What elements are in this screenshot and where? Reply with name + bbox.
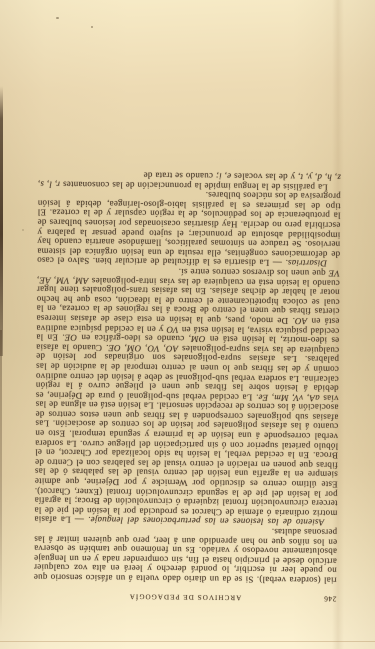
paper-speck	[22, 229, 24, 231]
text-run: rial (sordera verbal). Si se da un diari…	[34, 527, 338, 586]
text-run: — La disartria es la dificultad de artic…	[37, 190, 341, 268]
paragraph: Disartrias. — La disartria es la dificul…	[37, 188, 341, 268]
scanned-book-page: 246 ARCHIVOS DE PEDAGOGÍA 246 rial (sord…	[0, 0, 375, 649]
paper-speck	[56, 17, 59, 19]
journal-title: ARCHIVOS DE PEDAGOGÍA	[67, 592, 302, 602]
paragraph: rial (sordera verbal). Si se da un diari…	[34, 524, 338, 585]
text-run: — La afasia motriz ordinaria ó afemia de…	[34, 393, 338, 525]
paragraph: La parálisis de la lengua impide la pron…	[38, 169, 341, 191]
italic-text-run: AO, VO, OM, OE.	[106, 343, 179, 354]
text-run: y de las vocales	[231, 172, 298, 183]
running-header: 246 ARCHIVOS DE PEDAGOGÍA 246	[33, 591, 336, 603]
italic-text-run: OM,	[188, 334, 205, 344]
page-bottom-edge	[0, 641, 375, 642]
body-text: rial (sordera verbal). Si se da un diari…	[34, 169, 341, 585]
italic-text-run: Disartrias.	[285, 258, 327, 268]
italic-text-run: AO.	[292, 316, 307, 326]
page-left-edge-shadow	[0, 86, 3, 356]
italic-text-run: e, i;	[216, 171, 232, 181]
text-run: cuando es ideo-gráfica en	[77, 333, 189, 344]
text-run: cuando se trata de	[143, 171, 215, 182]
paper-speck	[91, 26, 93, 28]
page-content-upside-down: 246 ARCHIVOS DE PEDAGOGÍA 246 rial (sord…	[33, 104, 341, 603]
page-number: 246	[302, 594, 336, 603]
page-left-edge-shadow-faint	[0, 330, 2, 630]
italic-text-run: VO	[166, 324, 178, 334]
paragraph: Asiento de las lesiones en las perturbac…	[34, 265, 340, 527]
italic-text-run: aA, vV, Mm, Ee.	[256, 392, 320, 403]
italic-text-run: OE.	[62, 333, 77, 343]
